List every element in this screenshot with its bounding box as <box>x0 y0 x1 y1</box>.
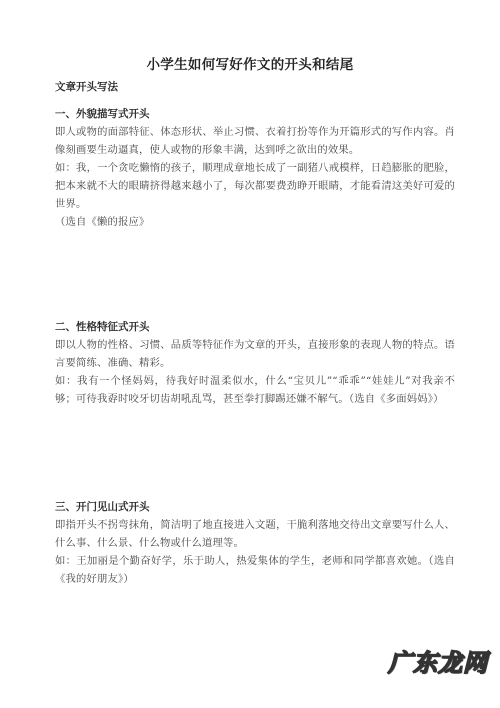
section-definition: 即人或物的面部特征、体态形状、举止习惯、衣着打扮等作为开篇形式的写作内容。肖像刻… <box>55 123 455 159</box>
section-appearance: 一、外貌描写式开头 即人或物的面部特征、体态形状、举止习惯、衣着打扮等作为开篇形… <box>55 105 455 231</box>
section-example: 如：我有一个怪妈妈，待我好时温柔似水，什么“宝贝儿”“乖乖”“娃娃儿”对我亲不够… <box>55 372 455 408</box>
section-direct: 三、开门见山式开头 即指开头不拐弯抹角，简洁明了地直接进入文题，干脆利落地交待出… <box>55 498 455 588</box>
page-title: 小学生如何写好作文的开头和结尾 <box>0 53 500 73</box>
section-heading: 三、开门见山式开头 <box>55 498 455 516</box>
section-definition: 即指开头不拐弯抹角，简洁明了地直接进入文题，干脆利落地交待出文章要写什么人、什么… <box>55 516 455 552</box>
section-example: 如：我，一个贪吃懒惰的孩子，顺理成章地长成了一副猪八戒模样，日趋膨胀的肥脸，把本… <box>55 159 455 213</box>
section-heading: 一、外貌描写式开头 <box>55 105 455 123</box>
section-source: （选自《懒的报应》 <box>55 213 455 231</box>
subheading: 文章开头写法 <box>55 79 118 94</box>
section-heading: 二、性格特征式开头 <box>55 318 455 336</box>
document-page: 小学生如何写好作文的开头和结尾 文章开头写法 一、外貌描写式开头 即人或物的面部… <box>0 0 500 708</box>
section-personality: 二、性格特征式开头 即以人物的性格、习惯、品质等特征作为文章的开头，直接形象的表… <box>55 318 455 408</box>
section-example: 如：王加丽是个勤奋好学，乐于助人，热爱集体的学生，老师和同学都喜欢她。（选自《我… <box>55 552 455 588</box>
section-definition: 即以人物的性格、习惯、品质等特征作为文章的开头，直接形象的表现人物的特点。语言要… <box>55 336 455 372</box>
watermark-logo: 广东龙网 <box>388 643 488 678</box>
